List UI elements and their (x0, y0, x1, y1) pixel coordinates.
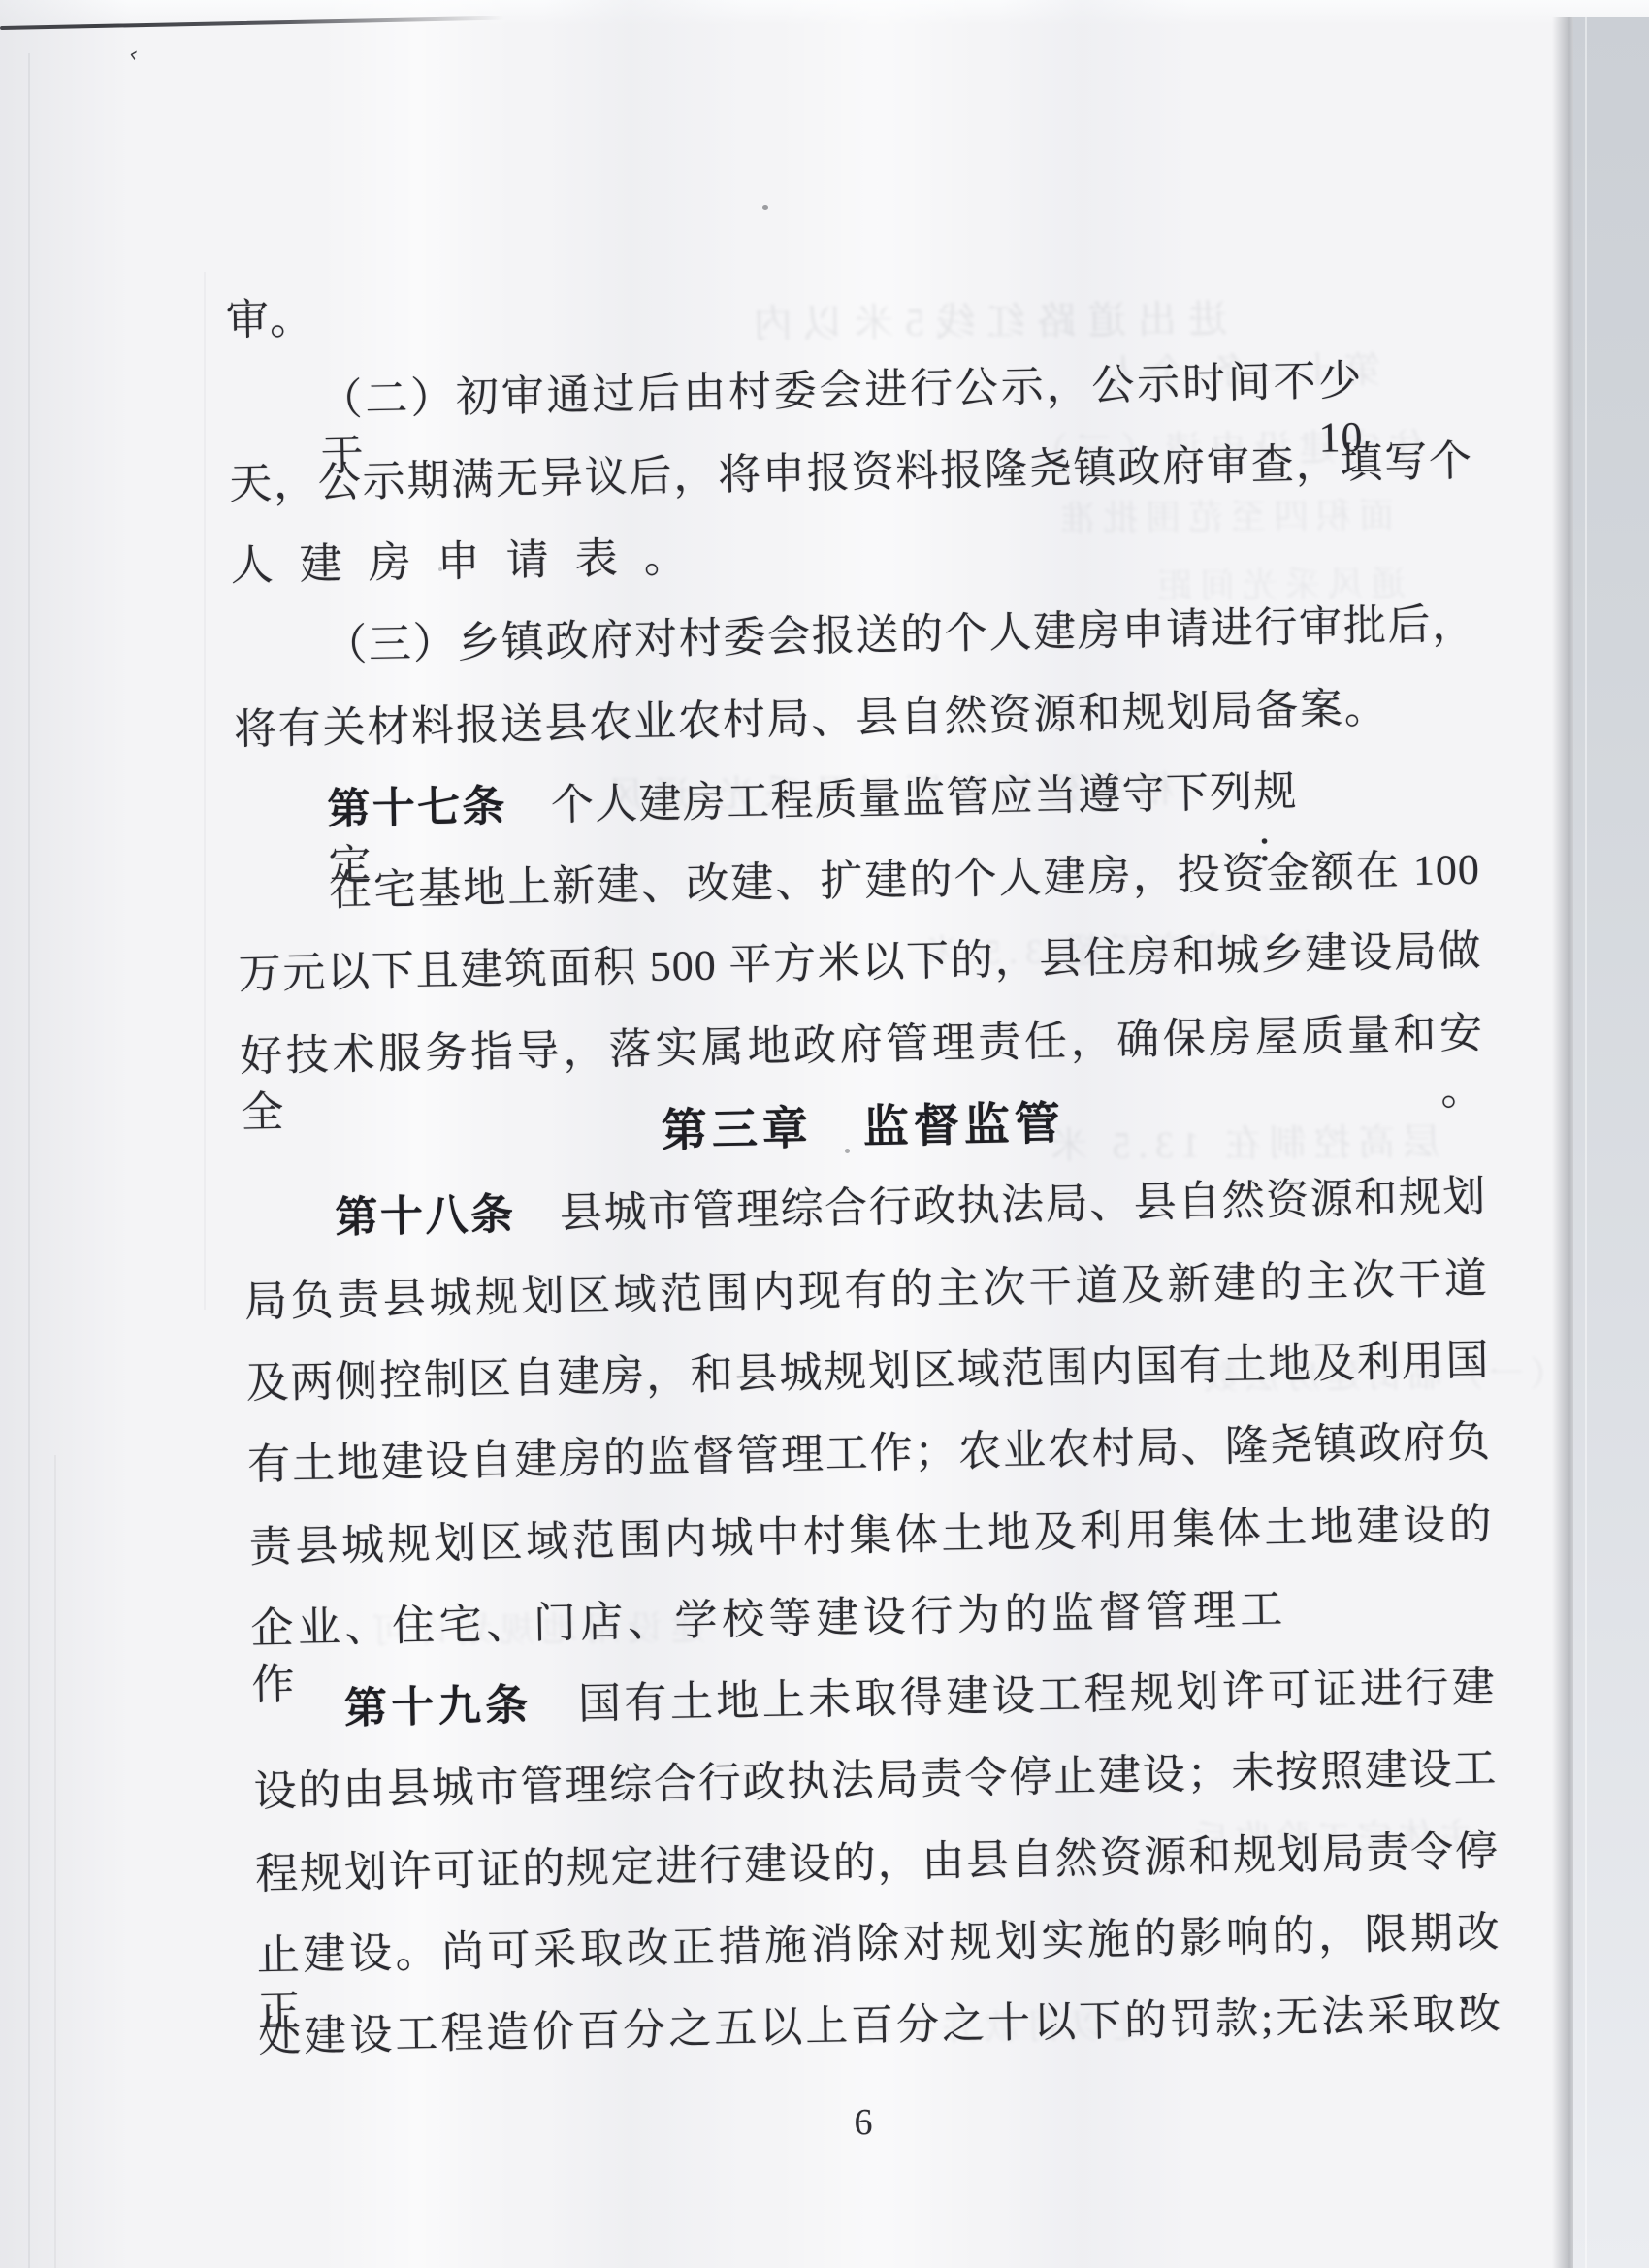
paper-fold-line (28, 53, 30, 2268)
text-line: 止建设。尚可采取改正措施消除对规划实施的影响的，限期改正， (256, 1905, 1501, 1985)
text-line: 第十八条 县城市管理综合行政执法局、县自然资源和规划 (335, 1169, 1487, 1247)
scanner-background-band (1573, 17, 1649, 2268)
article-number-bold: 第十七条 (327, 782, 507, 832)
document-text-block: 审。（二）初审通过后由村委会进行公示，公示时间不少于 10天，公示期满无异议后，… (220, 0, 1506, 2268)
text-line: （二）初审通过后由村委会进行公示，公示时间不少于 10 (319, 353, 1363, 429)
paper-right-edge-shadow (1552, 17, 1575, 2268)
text-line: 企业、住宅、门店、学校等建设行为的监督管理工作。 (250, 1581, 1284, 1657)
text-line: 责县城规划区域范围内城中村集体土地及利用集体土地建设的 (248, 1496, 1493, 1575)
text-line: 审。 (225, 291, 313, 349)
text-line: 人建房申请表。 (230, 529, 713, 594)
text-line: 有土地建设自建房的监督管理工作；农业农村局、隆尧镇政府负 (247, 1414, 1492, 1494)
paper-fold-line (54, 1455, 56, 2268)
text-line: 万元以下且建筑面积 500 平方米以下的，县住房和城乡建设局做 (238, 923, 1482, 1003)
text-line: 局负责县城规划区域范围内现有的主次干道及新建的主次干道 (244, 1250, 1489, 1330)
text-line: 及两侧控制区自建房，和县城规划区域范围内国有土地及利用国 (245, 1333, 1490, 1412)
paper-fold-line (204, 272, 206, 1310)
scanner-band-crease (1585, 17, 1587, 2268)
text-line: 程规划许可证的规定进行建设的，由县自然资源和规划局责令停 (255, 1823, 1500, 1902)
text-line: 将有关材料报送县农业农村局、县自然资源和规划局备案。 (233, 680, 1388, 758)
text-line: 好技术服务指导，落实属地政府管理责任，确保房屋质量和安全。 (240, 1005, 1484, 1085)
text-line: 第十七条 个人建房工程质量监管应当遵守下列规定： (327, 763, 1298, 838)
article-number-bold: 第十八条 (335, 1191, 516, 1242)
text-line: 设的由县城市管理综合行政执法局责令停止建设；未按照建设工 (253, 1741, 1498, 1821)
text-line: （三）乡镇政府对村委会报送的个人建房申请进行审批后， (324, 597, 1476, 674)
scanned-document-page: ‹ 进出道路红线5米以内第十一条 个人住宅建设申请（三）面积四至范围批准通风采光… (0, 0, 1649, 2268)
pen-speck-mark: ‹ (128, 49, 145, 63)
page-number: 6 (820, 2101, 907, 2144)
article-number-bold: 第十九条 (344, 1681, 533, 1733)
